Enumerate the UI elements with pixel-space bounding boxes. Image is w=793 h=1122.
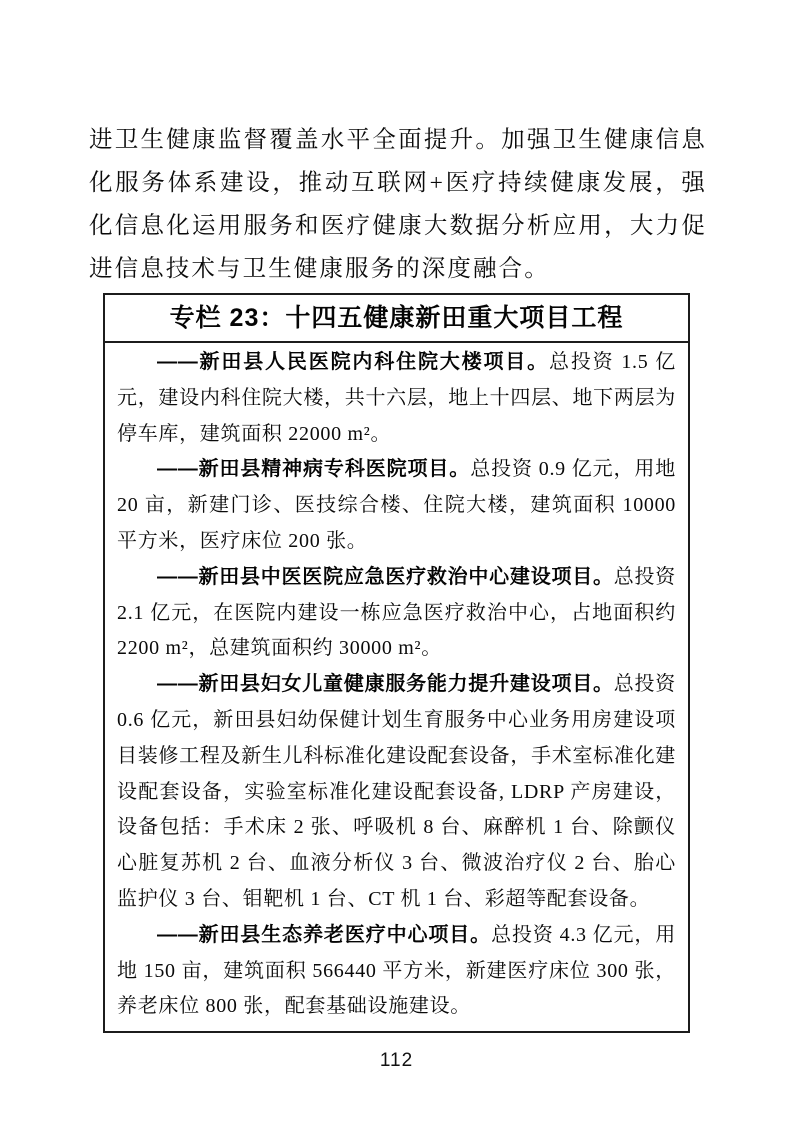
project-item-lead: ——新田县人民医院内科住院大楼项目。 [157, 351, 549, 373]
project-item-lead: ——新田县中医医院应急医疗救治中心建设项目。 [157, 566, 614, 588]
project-item-lead: ——新田县妇女儿童健康服务能力提升建设项目。 [157, 673, 614, 695]
project-item-lead: ——新田县生态养老医疗中心项目。 [157, 924, 491, 946]
feature-panel: 专栏 23：十四五健康新田重大项目工程 ——新田县人民医院内科住院大楼项目。总投… [103, 293, 690, 1033]
page-number: 112 [0, 1050, 793, 1072]
project-item: ——新田县精神病专科医院项目。总投资 0.9 亿元，用地 20 亩，新建门诊、医… [117, 452, 676, 559]
project-item-lead: ——新田县精神病专科医院项目。 [157, 458, 470, 480]
panel-title: 专栏 23：十四五健康新田重大项目工程 [105, 295, 688, 343]
intro-paragraph: 进卫生健康监督覆盖水平全面提升。加强卫生健康信息化服务体系建设，推动互联网+医疗… [89, 119, 707, 291]
project-item: ——新田县中医医院应急医疗救治中心建设项目。总投资 2.1 亿元，在医院内建设一… [117, 560, 676, 667]
project-item: ——新田县妇女儿童健康服务能力提升建设项目。总投资 0.6 亿元，新田县妇幼保健… [117, 667, 676, 918]
project-item-body: 总投资 0.6 亿元，新田县妇幼保健计划生育服务中心业务用房建设项目装修工程及新… [117, 673, 676, 910]
panel-body: ——新田县人民医院内科住院大楼项目。总投资 1.5 亿元，建设内科住院大楼，共十… [105, 343, 688, 1031]
project-item: ——新田县生态养老医疗中心项目。总投资 4.3 亿元，用地 150 亩，建筑面积… [117, 918, 676, 1025]
document-page: 进卫生健康监督覆盖水平全面提升。加强卫生健康信息化服务体系建设，推动互联网+医疗… [0, 0, 793, 1122]
project-item: ——新田县人民医院内科住院大楼项目。总投资 1.5 亿元，建设内科住院大楼，共十… [117, 345, 676, 452]
